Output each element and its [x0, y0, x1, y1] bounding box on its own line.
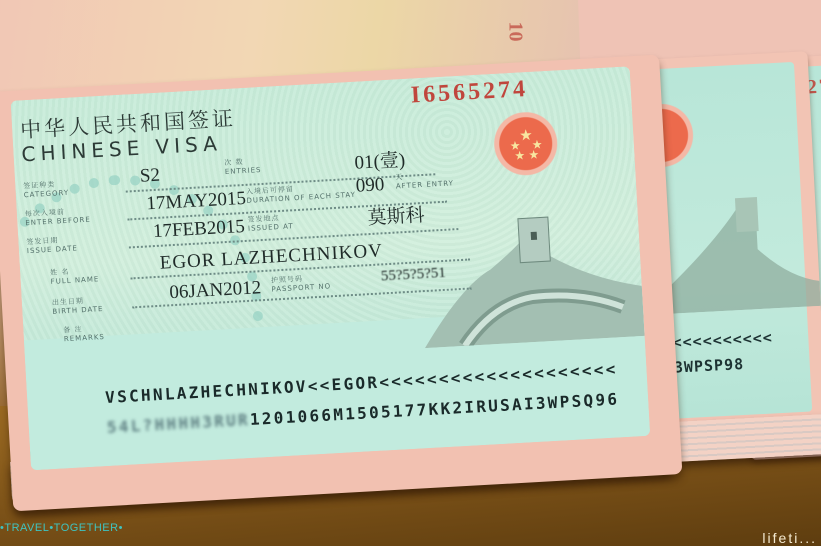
- full-name-label: 姓 名 FULL NAME: [50, 266, 100, 287]
- passport-no-label: 护照号码 PASSPORT NO: [271, 273, 332, 294]
- national-emblem-icon: ★ ★ ★ ★ ★: [492, 110, 560, 183]
- duration-unit: 天 AFTER ENTRY: [395, 170, 454, 191]
- remarks-label: 备 注 REMARKS: [63, 324, 105, 344]
- issue-date-label: 签发日期 ISSUE DATE: [26, 235, 78, 256]
- photo-scene: 10 I656527 I6565273 <<<<<<<<<<<<<<<<< K2…: [0, 0, 821, 546]
- great-wall-icon: [418, 206, 645, 348]
- enter-before-value: 17MAY2015: [146, 188, 247, 216]
- entries-label: 次 数 ENTRIES: [224, 157, 262, 177]
- page-number: 10: [504, 22, 527, 42]
- issued-at-value: 莫斯科: [367, 200, 425, 230]
- issued-at-label: 签发地点 ISSUED AT: [247, 213, 294, 234]
- entries-value: 01(壹): [354, 145, 406, 175]
- category-label: 签证种类 CATEGORY: [23, 180, 69, 201]
- watermark-site: lifeti...: [762, 530, 817, 546]
- page-stack-right: [659, 413, 821, 462]
- passport-no-value: 55?5?5?51: [380, 265, 446, 286]
- duration-value: 090: [355, 174, 385, 198]
- main-visa-sticker: 中华人民共和国签证 CHINESE VISA I6565274 ★ ★ ★ ★ …: [0, 55, 682, 512]
- visa-body: 中华人民共和国签证 CHINESE VISA I6565274 ★ ★ ★ ★ …: [11, 66, 651, 470]
- enter-before-label: 每次入境前 ENTER BEFORE: [25, 207, 91, 229]
- category-value: S2: [139, 165, 160, 188]
- visa-serial: I6565274: [410, 76, 529, 110]
- birth-date-label: 出生日期 BIRTH DATE: [52, 296, 104, 317]
- duration-label: 入境后可停留 DURATION OF EACH STAY: [246, 182, 356, 206]
- watermark-travel-together: •TRAVEL•TOGETHER•: [0, 522, 123, 534]
